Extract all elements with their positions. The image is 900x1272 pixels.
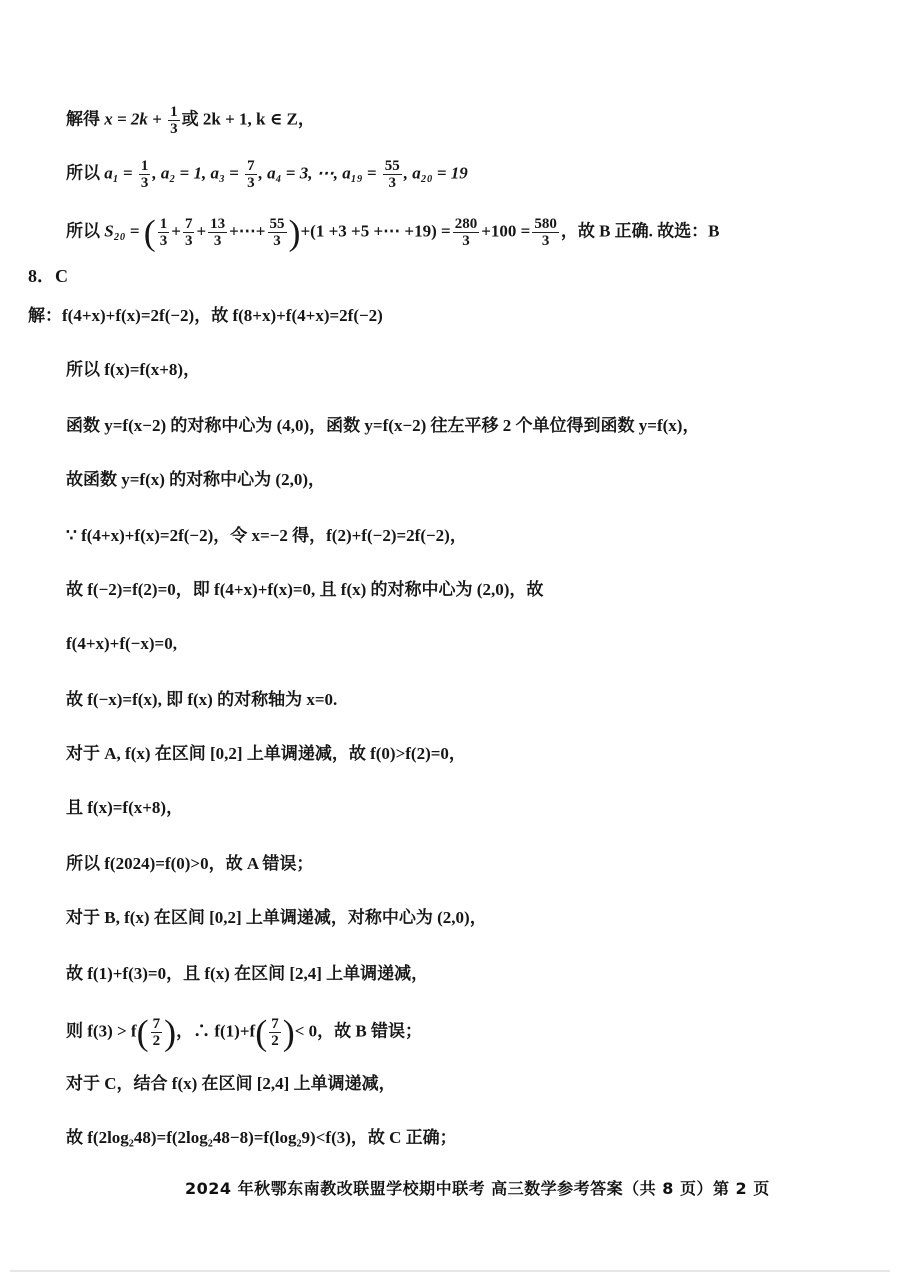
numerator: 1 <box>168 104 180 121</box>
math: +(1 +3 +5 +⋯ +19) = <box>301 221 451 240</box>
math: x = 2k + <box>104 109 166 128</box>
numerator: 7 <box>151 1016 163 1033</box>
text: ，故 B 正确. 故选：B <box>561 221 720 240</box>
fraction: 2803 <box>453 216 480 249</box>
page-footer: 2024 年秋鄂东南教改联盟学校期中联考 高三数学参考答案（共 8 页）第 2 … <box>185 1176 770 1199</box>
numerator: 580 <box>532 216 559 233</box>
solution-line: 所以 f(x)=f(x+8)， <box>66 358 200 382</box>
solution-line-option-a: 对于 A, f(x) 在区间 [0,2] 上单调递减，故 f(0)>f(2)=0… <box>66 742 466 766</box>
denominator: 3 <box>158 233 170 249</box>
numerator: 1 <box>158 216 170 233</box>
solution-line-option-c: 对于 C，结合 f(x) 在区间 [2,4] 上单调递减， <box>66 1072 396 1096</box>
text: 或 2k + 1, k ∈ Z， <box>182 109 315 128</box>
ellipsis: +⋯+ <box>229 221 265 240</box>
numerator: 7 <box>245 158 257 175</box>
denominator: 3 <box>540 233 552 249</box>
solution-line: 所以 f(2024)=f(0)>0，故 A 错误； <box>66 852 313 876</box>
paren-close: ) <box>283 1013 295 1053</box>
math: ，∴ f(1)+f <box>176 1021 255 1040</box>
solution-line-x-values: 解得 x = 2k + 13或 2k + 1, k ∈ Z， <box>66 104 315 137</box>
math: , a₄ = 3, ⋯, a₁₉ = <box>259 163 381 182</box>
solution-line: ∵ f(4+x)+f(x)=2f(−2)，令 x=−2 得，f(2)+f(−2)… <box>66 524 467 548</box>
fraction: 5803 <box>532 216 559 249</box>
denominator: 3 <box>168 121 180 137</box>
denominator: 2 <box>151 1033 163 1049</box>
paren-open: ( <box>144 213 156 253</box>
text: 所以 <box>66 221 104 240</box>
fraction: 73 <box>183 216 195 249</box>
math: a₁ = <box>104 163 137 182</box>
numerator: 13 <box>208 216 227 233</box>
solution-line: 故 f(1)+f(3)=0，且 f(x) 在区间 [2,4] 上单调递减， <box>66 962 428 986</box>
math: 则 f(3) > f <box>66 1021 137 1040</box>
denominator: 3 <box>245 175 257 191</box>
solution-line: 且 f(x)=f(x+8)， <box>66 796 183 820</box>
paren-open: ( <box>137 1013 149 1053</box>
denominator: 3 <box>183 233 195 249</box>
fraction: 13 <box>168 104 180 137</box>
denominator: 3 <box>271 233 283 249</box>
fraction: 133 <box>208 216 227 249</box>
numerator: 55 <box>268 216 287 233</box>
fraction: 73 <box>245 158 257 191</box>
math: S₂₀ = <box>104 221 144 240</box>
numerator: 1 <box>139 158 151 175</box>
fraction: 72 <box>151 1016 163 1049</box>
math: , a₂₀ = 19 <box>404 163 468 182</box>
denominator: 3 <box>139 175 151 191</box>
plus: + <box>196 221 206 240</box>
paren-open: ( <box>255 1013 267 1053</box>
math: , a₂ = 1, a₃ = <box>152 163 243 182</box>
denominator: 3 <box>460 233 472 249</box>
paren-close: ) <box>164 1013 176 1053</box>
fraction: 553 <box>268 216 287 249</box>
fraction: 72 <box>269 1016 281 1049</box>
solution-line: 故 f(−x)=f(x), 即 f(x) 的对称轴为 x=0. <box>66 688 337 712</box>
fraction: 13 <box>158 216 170 249</box>
paren-close: ) <box>289 213 301 253</box>
denominator: 3 <box>212 233 224 249</box>
math: +100 = <box>481 221 530 240</box>
solution-line-option-b: 对于 B, f(x) 在区间 [0,2] 上单调递减，对称中心为 (2,0)， <box>66 906 487 930</box>
solution-line-sum-s20: 所以 S₂₀ = (13+73+133+⋯+553)+(1 +3 +5 +⋯ +… <box>66 216 720 249</box>
numerator: 7 <box>183 216 195 233</box>
fraction: 553 <box>383 158 402 191</box>
denominator: 2 <box>269 1033 281 1049</box>
solution-line-sequence-terms: 所以 a₁ = 13, a₂ = 1, a₃ = 73, a₄ = 3, ⋯, … <box>66 158 468 191</box>
numerator: 7 <box>269 1016 281 1033</box>
fraction: 13 <box>139 158 151 191</box>
text: 解得 <box>66 109 104 128</box>
text: 所以 <box>66 163 104 182</box>
numerator: 55 <box>383 158 402 175</box>
solution-line: 则 f(3) > f(72)，∴ f(1)+f(72)< 0，故 B 错误； <box>66 1016 422 1049</box>
solution-line: 故函数 y=f(x) 的对称中心为 (2,0)， <box>66 468 325 492</box>
plus: + <box>171 221 181 240</box>
solution-line: 解：f(4+x)+f(x)=2f(−2)，故 f(8+x)+f(4+x)=2f(… <box>28 304 383 328</box>
solution-line: 故 f(2log₂48)=f(2log₂48−8)=f(log₂9)<f(3)，… <box>66 1126 457 1150</box>
text: < 0，故 B 错误； <box>295 1021 422 1040</box>
solution-line: 故 f(−2)=f(2)=0，即 f(4+x)+f(x)=0, 且 f(x) 的… <box>66 578 543 602</box>
solution-line: 函数 y=f(x−2) 的对称中心为 (4,0)，函数 y=f(x−2) 往左平… <box>66 414 699 438</box>
denominator: 3 <box>387 175 399 191</box>
numerator: 280 <box>453 216 480 233</box>
question-8-heading: 8．C <box>28 264 68 288</box>
solution-line: f(4+x)+f(−x)=0, <box>66 632 177 656</box>
